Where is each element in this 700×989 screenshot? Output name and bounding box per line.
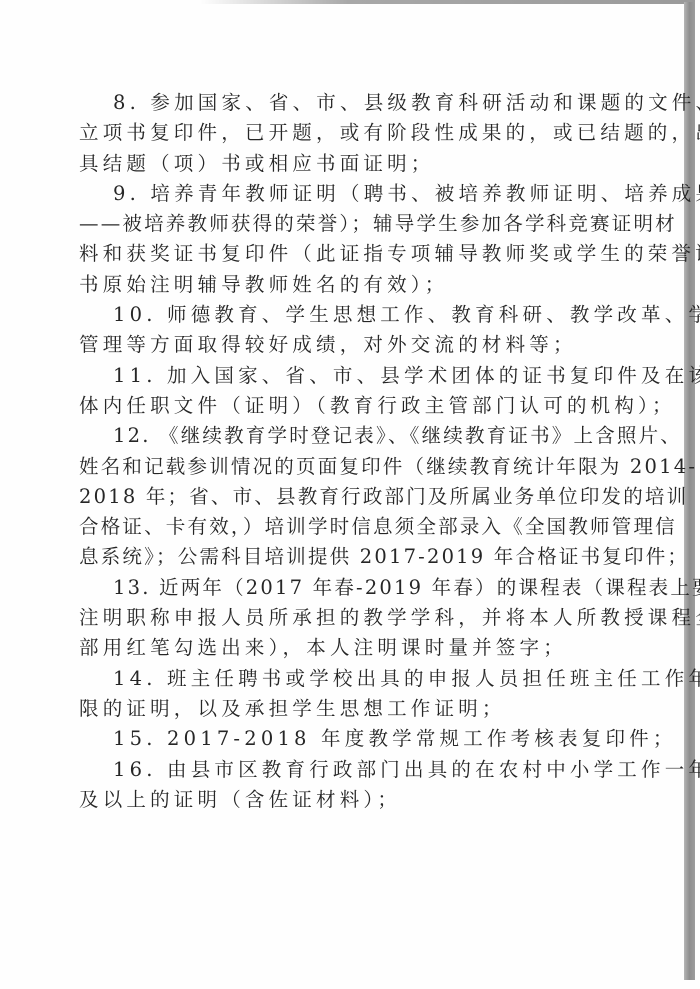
item-12-line-2: 姓名和记载参训情况的页面复印件（继续教育统计年限为 2014-: [79, 452, 594, 482]
item-11-line-2: 体内任职文件（证明）（教育行政主管部门认可的机构）；: [79, 391, 594, 421]
item-12-line-4: 合格证、卡有效，）培训学时信息须全部录入《全国教师管理信: [79, 512, 594, 542]
item-14-line-2: 限的证明，以及承担学生思想工作证明；: [79, 694, 594, 724]
item-14-line-1: 14. 班主任聘书或学校出具的申报人员担任班主任工作年: [79, 664, 594, 694]
item-8-line-2: 立项书复印件，已开题，或有阶段性成果的，或已结题的，出: [79, 118, 594, 148]
item-12-line-5: 息系统》；公需科目培训提供 2017-2019 年合格证书复印件；: [79, 542, 594, 572]
item-9-line-1: 9. 培养青年教师证明（聘书、被培养教师证明、培养成果: [79, 179, 594, 209]
scanned-page: 8. 参加国家、省、市、县级教育科研活动和课题的文件、 立项书复印件，已开题，或…: [0, 0, 700, 989]
item-10-line-2: 管理等方面取得较好成绩，对外交流的材料等；: [79, 330, 594, 360]
item-16-line-1: 16. 由县市区教育行政部门出具的在农村中小学工作一年: [79, 755, 594, 785]
item-11-line-1: 11. 加入国家、省、市、县学术团体的证书复印件及在该团: [79, 361, 594, 391]
item-13-line-2: 注明职称申报人员所承担的教学学科，并将本人所教授课程全: [79, 603, 594, 633]
item-12-line-1: 12. 《继续教育学时登记表》、《继续教育证书》上含照片、: [79, 421, 594, 451]
scan-edge-top: [200, 0, 695, 4]
item-13-line-1: 13. 近两年（2017 年春-2019 年春）的课程表（课程表上要: [79, 573, 594, 603]
item-9-line-4: 书原始注明辅导教师姓名的有效）；: [79, 270, 594, 300]
item-15-line-1: 15. 2017-2018 年度教学常规工作考核表复印件；: [79, 724, 594, 754]
item-9-line-3: 料和获奖证书复印件（此证指专项辅导教师奖或学生的荣誉证: [79, 239, 594, 269]
item-16-line-2: 及以上的证明（含佐证材料）；: [79, 785, 594, 815]
item-8-line-3: 具结题（项）书或相应书面证明；: [79, 149, 594, 179]
item-13-line-3: 部用红笔勾选出来），本人注明课时量并签字；: [79, 633, 594, 663]
item-8-line-1: 8. 参加国家、省、市、县级教育科研活动和课题的文件、: [79, 88, 594, 118]
document-body: 8. 参加国家、省、市、县级教育科研活动和课题的文件、 立项书复印件，已开题，或…: [79, 88, 594, 815]
item-12-line-3: 2018 年；省、市、县教育行政部门及所属业务单位印发的培训: [79, 482, 594, 512]
item-10-line-1: 10. 师德教育、学生思想工作、教育科研、教学改革、学校: [79, 300, 594, 330]
item-9-line-2: ——被培养教师获得的荣誉）；辅导学生参加各学科竞赛证明材: [79, 209, 594, 239]
